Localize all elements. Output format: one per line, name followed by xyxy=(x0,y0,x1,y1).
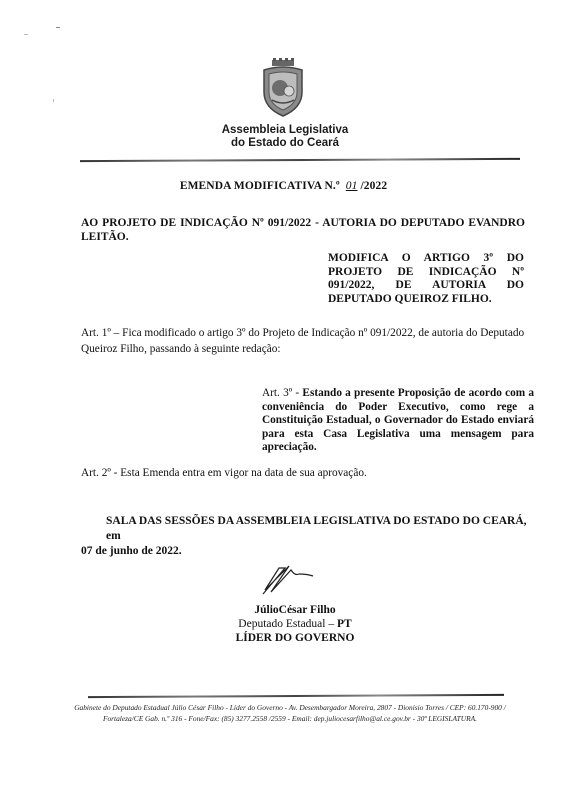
article-3-new-text: Art. 3º - Estando a presente Proposição … xyxy=(262,387,534,455)
state-coat-of-arms-icon xyxy=(258,58,308,118)
signer-name: JúlioCésar Filho xyxy=(220,603,370,617)
article-3-label: Art. 3º - xyxy=(262,387,302,399)
institution-name-line1: Assembleia Legislativa xyxy=(170,124,400,136)
ementa-line: DEPUTADO QUEIROZ FILHO. xyxy=(328,293,524,307)
session-date: 07 de junho de 2022. xyxy=(81,544,529,559)
signer-leadership: LÍDER DO GOVERNO xyxy=(220,631,370,645)
handwritten-signature-icon xyxy=(255,562,325,598)
article-1: Art. 1º – Fica modificado o artigo 3º do… xyxy=(81,325,531,357)
document-title: EMENDA MODIFICATIVA N.º 01/2022 xyxy=(0,180,567,192)
scan-speck xyxy=(24,34,28,35)
institution-name-line2: do Estado do Ceará xyxy=(170,137,400,149)
article-2: Art. 2º - Esta Emenda entra em vigor na … xyxy=(81,467,367,479)
session-closing: SALA DAS SESSÕES DA ASSEMBLEIA LEGISLATI… xyxy=(81,514,529,559)
scan-speck xyxy=(56,27,60,28)
article-3-body: Estando a presente Proposição de acordo … xyxy=(262,387,534,453)
ementa: MODIFICA O ARTIGO 3º DO PROJETO DE INDIC… xyxy=(328,252,524,306)
ementa-line: MODIFICA O ARTIGO 3º DO xyxy=(328,252,524,266)
signer-role: Deputado Estadual – PT xyxy=(220,617,370,631)
signer-party: PT xyxy=(337,618,352,630)
ementa-line: PROJETO DE INDICAÇÃO Nº xyxy=(328,266,524,280)
project-reference: AO PROJETO DE INDICAÇÃO Nº 091/2022 - AU… xyxy=(81,216,525,244)
header-divider xyxy=(80,158,520,162)
ementa-line: 091/2022, DE AUTORIA DO xyxy=(328,279,524,293)
session-closing-line1: SALA DAS SESSÕES DA ASSEMBLEIA LEGISLATI… xyxy=(81,514,529,544)
footer-line2: Fortaleza/CE Gab. n.º 316 - Fone/Fax: (8… xyxy=(70,714,510,725)
footer-contact: Gabinete do Deputado Estadual Júlio Césa… xyxy=(70,703,510,724)
title-prefix: EMENDA MODIFICATIVA N.º xyxy=(180,180,340,192)
footer-divider xyxy=(88,694,504,698)
title-year: /2022 xyxy=(360,180,387,192)
footer-line1: Gabinete do Deputado Estadual Júlio Césa… xyxy=(70,703,510,714)
signer-title: Deputado Estadual – xyxy=(238,618,337,630)
scan-speck xyxy=(53,99,54,102)
amendment-number: 01 xyxy=(343,180,361,192)
